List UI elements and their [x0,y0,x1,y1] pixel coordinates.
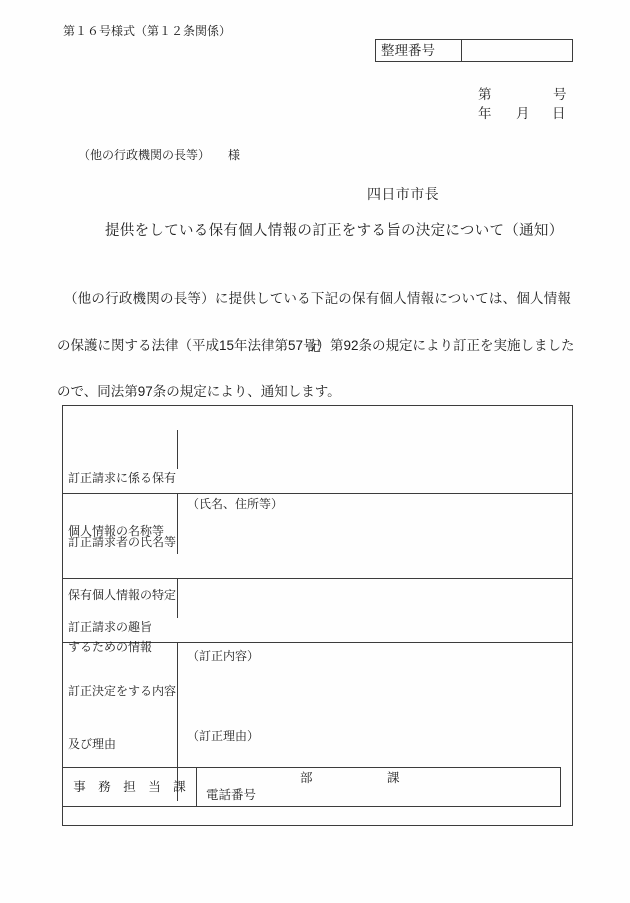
body-line-3: ので、同法第97条の規定により、通知します。 [57,382,571,402]
document-number-suffix: 号 [553,88,567,102]
row-purport-label: 訂正請求の趣旨 [63,579,178,618]
reference-number-value [462,40,572,61]
form-number: 第１６号様式（第１２条関係） [63,25,231,37]
document-number-prefix: 第 [478,88,492,102]
table-row-purport: 訂正請求の趣旨 [63,578,572,618]
department-suffix-label: 部 [300,772,313,785]
admin-contact-cell: 部 課 電話番号 [197,768,560,806]
reference-number-box: 整理番号 [375,39,573,62]
recipient-line: （他の行政機関の長等） 様 [78,149,240,161]
row-name-value [178,430,572,469]
correction-detail-table: 訂正請求に係る保有 個人情報の名称等 訂正請求者の氏名等 保有個人情報の特定 す… [62,405,573,826]
phone-number-label: 電話番号 [206,789,256,802]
date-day-label: 日 [552,107,566,121]
table-row-requester: 訂正請求者の氏名等 保有個人情報の特定 するための情報 （氏名、住所等） [63,493,572,554]
row-requester-label: 訂正請求者の氏名等 保有個人情報の特定 するための情報 [63,494,178,554]
admin-contact-table: 事 務 担 当 課 部 課 電話番号 [62,767,561,807]
reference-number-label: 整理番号 [376,40,462,61]
row-name-label: 訂正請求に係る保有 個人情報の名称等 [63,430,178,469]
correction-content-caption: （訂正内容） [187,650,259,662]
body-line-1: （他の行政機関の長等）に提供している下記の保有個人情報については、個人情報 [57,289,571,309]
date-month-label: 月 [516,107,530,121]
admin-section-label: 事 務 担 当 課 [63,768,197,806]
row-purport-value [178,579,572,618]
correction-reason-caption: （訂正理由） [187,730,259,742]
section-suffix-label: 課 [387,772,400,785]
document-page: 第１６号様式（第１２条関係） 整理番号 第 号 年 月 日 （他の行政機関の長等… [0,0,630,903]
sender-name: 四日市市長 [367,187,439,201]
document-title: 提供をしている保有個人情報の訂正をする旨の決定について（通知） [105,224,564,239]
record-marker: 記 [57,340,571,354]
table-row-name: 訂正請求に係る保有 個人情報の名称等 [63,430,572,469]
date-year-label: 年 [478,107,492,121]
row-requester-value: （氏名、住所等） [178,494,572,554]
